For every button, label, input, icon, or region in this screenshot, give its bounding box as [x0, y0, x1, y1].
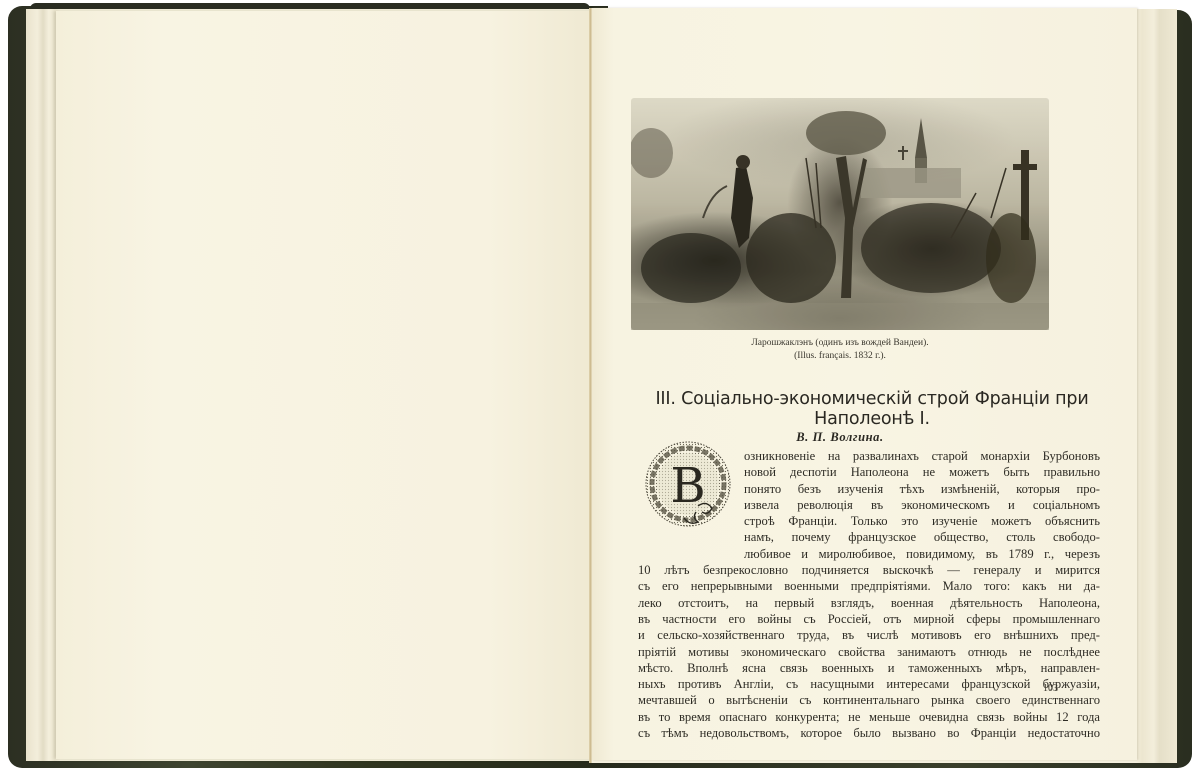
- book-gutter: [589, 8, 592, 763]
- text-line: понято безъ изученія тѣхъ измѣненій, кот…: [744, 481, 1100, 497]
- body-text: озникновеніе на развалинахъ старой монар…: [638, 448, 1100, 741]
- text-line: въ частности его войны съ Россіей, отъ м…: [638, 611, 1100, 627]
- text-line: ныхъ противъ Англіи, съ насущными интере…: [638, 676, 1100, 692]
- text-line: мечтавшей о вытѣсненіи съ континентальна…: [638, 692, 1100, 708]
- text-line: пріятій мотивы экономическаго свойства з…: [638, 644, 1100, 660]
- text-line: леко отстоитъ, на первый взглядъ, военна…: [638, 595, 1100, 611]
- text-line: и сельско-хозяйственнаго труда, въ числѣ…: [638, 627, 1100, 643]
- text-line: озникновеніе на развалинахъ старой монар…: [744, 448, 1100, 464]
- text-line: съ тѣмъ недовольствомъ, которое было выз…: [638, 725, 1100, 741]
- illustration-caption: Ларошжаклэнъ (одинъ изъ вождей Вандеи). …: [640, 337, 1040, 363]
- author-name: В. П. Волгина.: [740, 430, 940, 445]
- text-line: 10 лѣтъ безпрекословно подчиняется выско…: [638, 562, 1100, 578]
- engraving-illustration: [631, 98, 1049, 330]
- caption-line-2: (Illus. français. 1832 г.).: [640, 350, 1040, 363]
- text-line: намъ, почему французское общество, столь…: [744, 529, 1100, 545]
- text-line: строѣ Франціи. Только это изученіе может…: [744, 513, 1100, 529]
- text-line: мѣсто. Вполнѣ ясна связь военныхъ и тамо…: [638, 660, 1100, 676]
- text-line: любивое и миролюбивое, повидимому, въ 17…: [744, 546, 1100, 562]
- chapter-title: III. Соціально-экономическій строй Франц…: [612, 389, 1132, 429]
- engraving-scene-icon: [631, 98, 1049, 330]
- left-page-blank: [56, 11, 595, 759]
- text-line: новой деспотіи Наполеона не можетъ быть …: [744, 464, 1100, 480]
- text-line: въ то время опаснаго конкурента; не мень…: [638, 709, 1100, 725]
- text-line: извела революція въ экономическомъ и соц…: [744, 497, 1100, 513]
- caption-line-1: Ларошжаклэнъ (одинъ изъ вождей Вандеи).: [640, 337, 1040, 350]
- text-line: съ его непрерывными военными предпріятія…: [638, 578, 1100, 594]
- page-number: 103: [1043, 683, 1058, 694]
